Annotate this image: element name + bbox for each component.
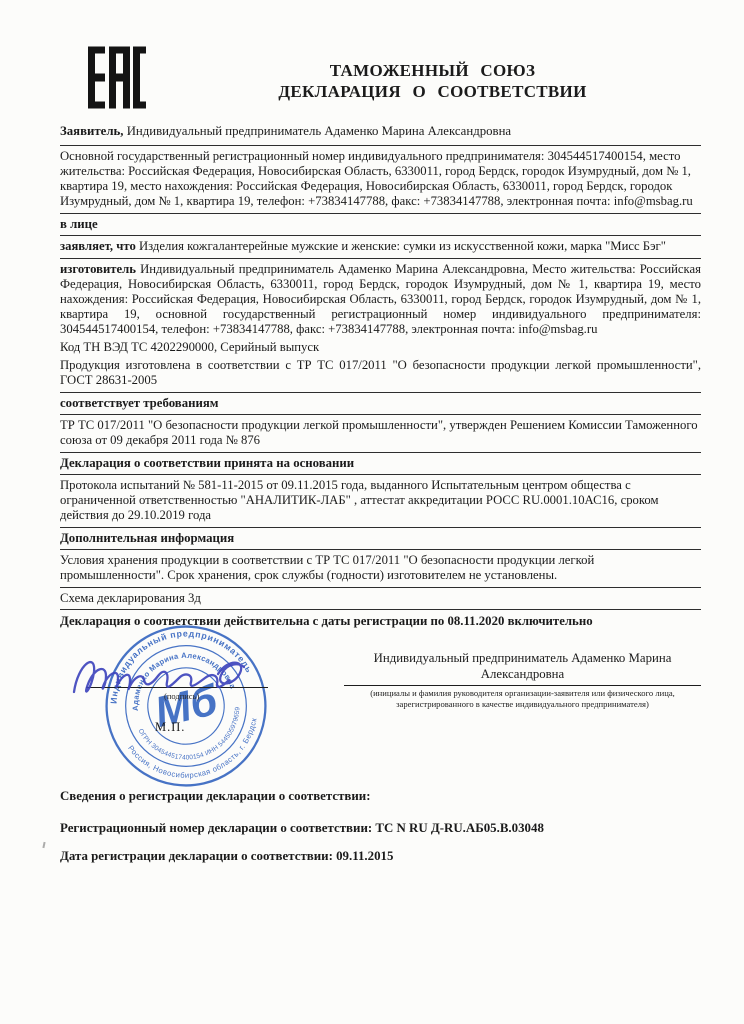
registration-block: Сведения о регистрации декларации о соот… bbox=[60, 788, 701, 865]
made-in-accordance-line: Продукция изготовлена в соответствии с Т… bbox=[60, 355, 701, 392]
applicant-label: Заявитель, bbox=[60, 124, 123, 138]
document-content: ТАМОЖЕННЫЙ СОЮЗ ДЕКЛАРАЦИЯ О СООТВЕТСТВИ… bbox=[60, 0, 701, 876]
manufacturer-block: изготовитель Индивидуальный предпринимат… bbox=[60, 259, 701, 393]
declares-paragraph: заявляет, что Изделия кожгалантерейные м… bbox=[60, 236, 701, 259]
document-title: ТАМОЖЕННЫЙ СОЮЗ ДЕКЛАРАЦИЯ О СООТВЕТСТВИ… bbox=[164, 60, 701, 102]
signature-stroke bbox=[66, 640, 286, 718]
signature-caption: (подпись) bbox=[164, 691, 199, 701]
declaration-scheme-line: Схема декларирования 3д bbox=[60, 588, 701, 610]
tnved-code-line: Код ТН ВЭД ТС 4202290000, Серийный выпус… bbox=[60, 337, 701, 355]
document-page: ТАМОЖЕННЫЙ СОЮЗ ДЕКЛАРАЦИЯ О СООТВЕТСТВИ… bbox=[0, 0, 744, 1024]
applicant-value: Индивидуальный предприниматель Адаменко … bbox=[127, 124, 511, 138]
scan-speck bbox=[42, 842, 45, 848]
conforms-header: соответствует требованиям bbox=[60, 393, 701, 415]
declares-label: заявляет, что bbox=[60, 239, 136, 253]
signatory-name-caption: (инициалы и фамилия руководителя организ… bbox=[344, 688, 701, 709]
conforms-text: ТР ТС 017/2011 "О безопасности продукции… bbox=[60, 415, 701, 453]
signatory-name-line bbox=[344, 685, 701, 686]
additional-info-header: Дополнительная информация bbox=[60, 528, 701, 550]
manufacturer-value: Индивидуальный предприниматель Адаменко … bbox=[60, 262, 701, 336]
registration-date-line: Дата регистрации декларации о соответств… bbox=[60, 848, 701, 865]
registration-number-line: Регистрационный номер декларации о соотв… bbox=[60, 820, 701, 837]
manufacturer-paragraph: изготовитель Индивидуальный предпринимат… bbox=[60, 259, 701, 337]
basis-header: Декларация о соответствии принята на осн… bbox=[60, 453, 701, 475]
applicant-row: Заявитель, Индивидуальный предпринимател… bbox=[60, 121, 701, 146]
signature-area: Индивидуальный предприниматель Россия, Н… bbox=[60, 634, 701, 780]
signatory-block: Индивидуальный предприниматель Адаменко … bbox=[344, 650, 701, 709]
manufacturer-label: изготовитель bbox=[60, 262, 136, 276]
basis-text: Протокола испытаний № 581-11-2015 от 09.… bbox=[60, 475, 701, 528]
title-line-2: ДЕКЛАРАЦИЯ О СООТВЕТСТВИИ bbox=[164, 81, 701, 102]
title-line-1: ТАМОЖЕННЫЙ СОЮЗ bbox=[164, 60, 701, 81]
signatory-name: Индивидуальный предприниматель Адаменко … bbox=[344, 650, 701, 682]
stamp-place-mark: М.П. bbox=[155, 720, 185, 735]
additional-info-text: Условия хранения продукции в соответстви… bbox=[60, 550, 701, 588]
ogrn-paragraph: Основной государственный регистрационный… bbox=[60, 146, 701, 214]
in-person-header: в лице bbox=[60, 214, 701, 236]
declares-value: Изделия кожгалантерейные мужские и женск… bbox=[139, 239, 666, 253]
